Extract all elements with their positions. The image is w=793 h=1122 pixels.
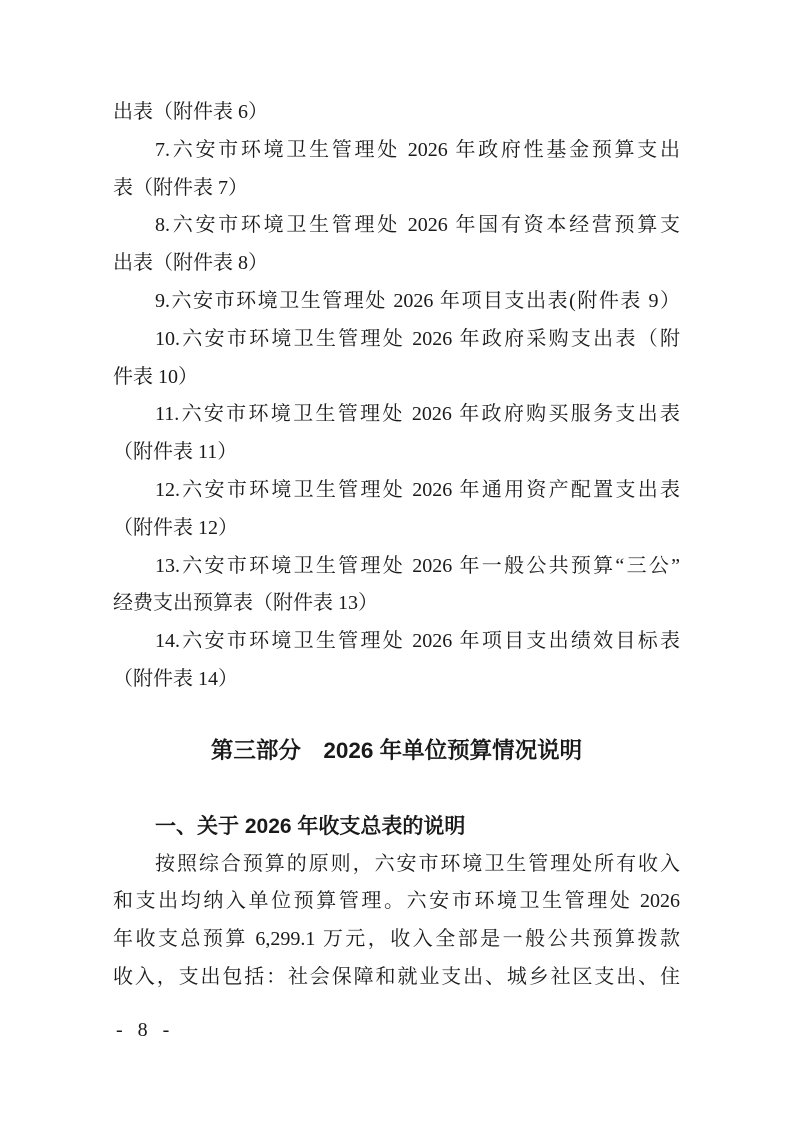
page-number: - 8 - bbox=[116, 1019, 174, 1042]
document-content: 出表（附件表 6） 7.六安市环境卫生管理处 2026 年政府性基金预算支出 表… bbox=[113, 94, 680, 997]
paragraph-line: 按照综合预算的原则，六安市环境卫生管理处所有收入 bbox=[113, 846, 680, 884]
attachment-line: 7.六安市环境卫生管理处 2026 年政府性基金预算支出 bbox=[113, 132, 680, 170]
document-page: 出表（附件表 6） 7.六安市环境卫生管理处 2026 年政府性基金预算支出 表… bbox=[0, 0, 793, 1122]
section-heading: 第三部分 2026 年单位预算情况说明 bbox=[113, 732, 680, 770]
attachment-line: 8.六安市环境卫生管理处 2026 年国有资本经营预算支 bbox=[113, 207, 680, 245]
attachment-line: 出表（附件表 8） bbox=[113, 245, 680, 283]
attachment-line: 11.六安市环境卫生管理处 2026 年政府购买服务支出表 bbox=[113, 396, 680, 434]
paragraph-line: 和支出均纳入单位预算管理。六安市环境卫生管理处 2026 bbox=[113, 883, 680, 921]
attachment-line: 9.六安市环境卫生管理处 2026 年项目支出表(附件表 9） bbox=[113, 283, 680, 321]
attachment-line: 经费支出预算表（附件表 13） bbox=[113, 585, 680, 623]
attachment-line: 表（附件表 7） bbox=[113, 170, 680, 208]
subsection-heading: 一、关于 2026 年收支总表的说明 bbox=[113, 808, 680, 846]
attachment-list: 出表（附件表 6） 7.六安市环境卫生管理处 2026 年政府性基金预算支出 表… bbox=[113, 94, 680, 699]
budget-summary-paragraph: 按照综合预算的原则，六安市环境卫生管理处所有收入 和支出均纳入单位预算管理。六安… bbox=[113, 846, 680, 997]
paragraph-line: 收入，支出包括：社会保障和就业支出、城乡社区支出、住 bbox=[113, 959, 680, 997]
attachment-line: 12.六安市环境卫生管理处 2026 年通用资产配置支出表 bbox=[113, 472, 680, 510]
attachment-line: 13.六安市环境卫生管理处 2026 年一般公共预算“三公” bbox=[113, 548, 680, 586]
attachment-line: （附件表 11） bbox=[113, 434, 680, 472]
attachment-line: 出表（附件表 6） bbox=[113, 94, 680, 132]
attachment-line: 件表 10） bbox=[113, 359, 680, 397]
attachment-line: 14.六安市环境卫生管理处 2026 年项目支出绩效目标表 bbox=[113, 623, 680, 661]
attachment-line: （附件表 14） bbox=[113, 661, 680, 699]
attachment-line: 10.六安市环境卫生管理处 2026 年政府采购支出表（附 bbox=[113, 321, 680, 359]
paragraph-line: 年收支总预算 6,299.1 万元，收入全部是一般公共预算拨款 bbox=[113, 921, 680, 959]
attachment-line: （附件表 12） bbox=[113, 510, 680, 548]
